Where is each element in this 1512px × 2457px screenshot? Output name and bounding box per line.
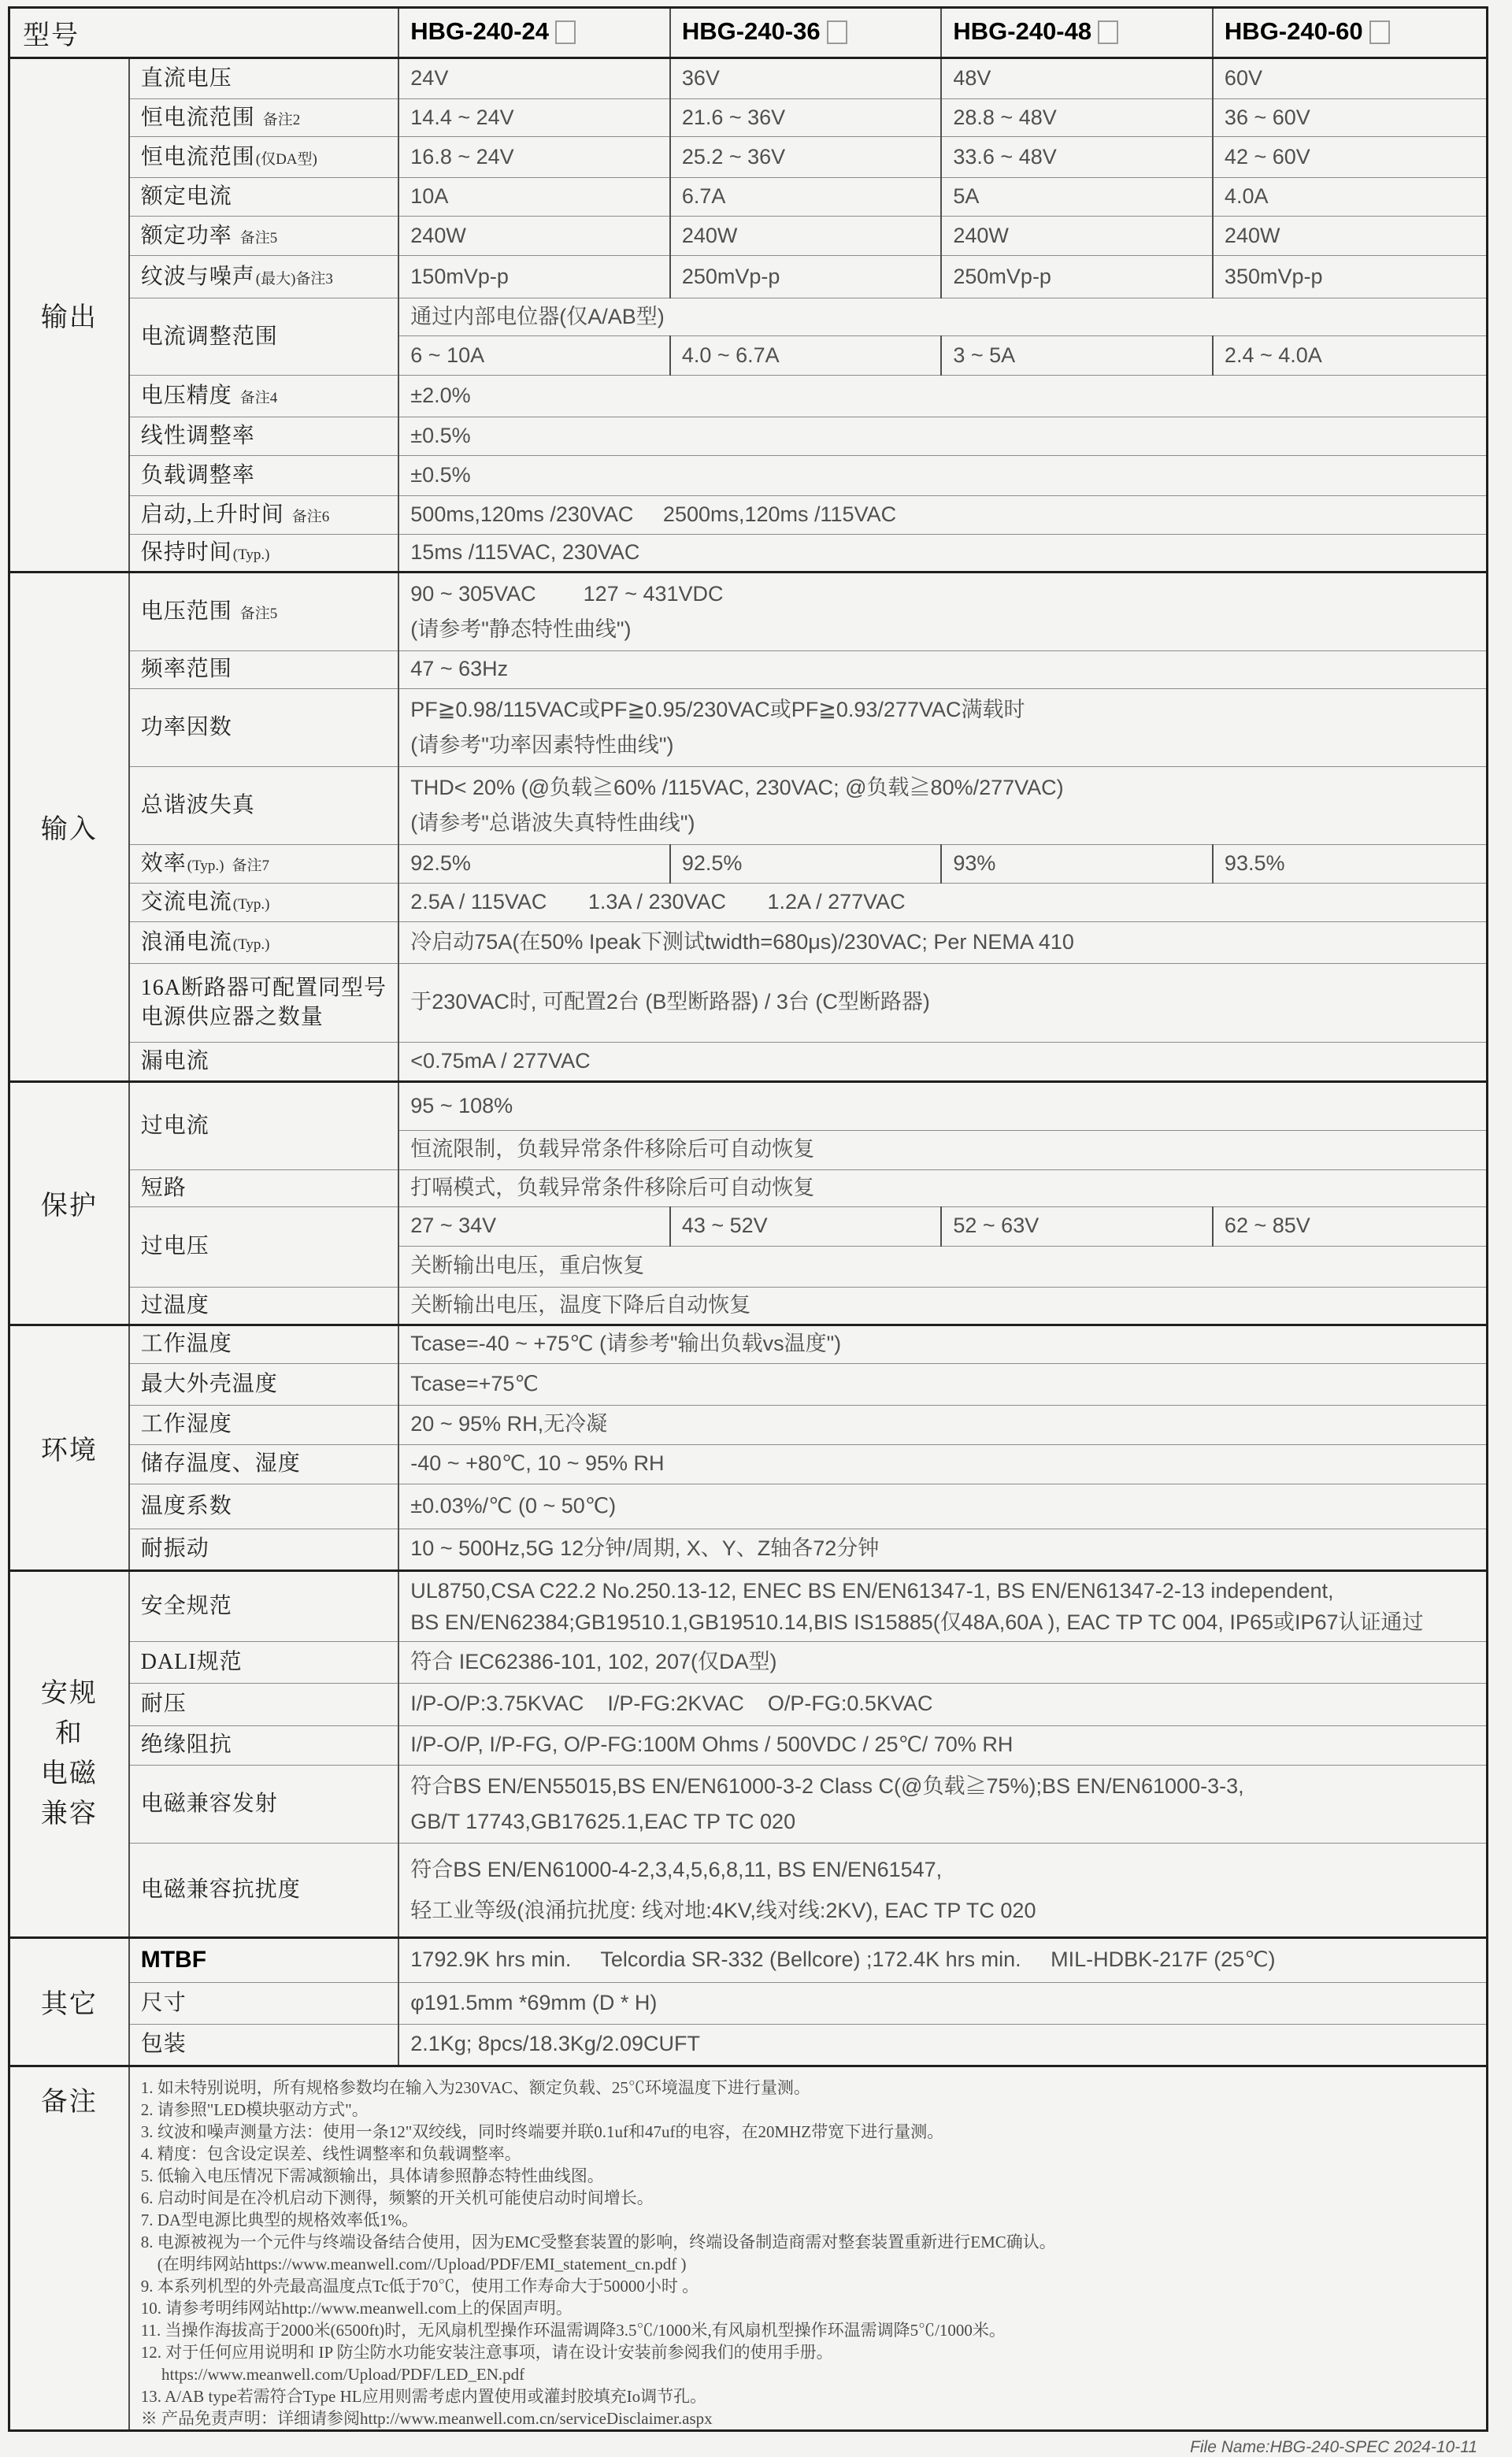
- model-cell: HBG-240-24: [398, 8, 670, 58]
- row-label-note: 备注6: [292, 509, 330, 525]
- row-label-text: 额定电流: [141, 184, 232, 209]
- note-line: 7. DA型电源比典型的规格效率低1%。: [141, 2209, 1478, 2231]
- value-cell-span: ±0.5%: [398, 456, 1487, 496]
- row-label-text: 短路: [141, 1176, 187, 1200]
- value-cell: 2.4 ~ 4.0A: [1213, 336, 1488, 376]
- model-cell: HBG-240-60: [1213, 8, 1488, 58]
- value-cell-span: PF≧0.98/115VAC或PF≧0.95/230VAC或PF≧0.93/27…: [398, 688, 1487, 766]
- table-row: 漏电流 <0.75mA / 277VAC: [9, 1042, 1488, 1081]
- value-cell-span: 500ms,120ms /230VAC 2500ms,120ms /115VAC: [398, 496, 1487, 535]
- row-label-text: DALI规范: [141, 1650, 243, 1674]
- table-row: 工作湿度 20 ~ 95% RH,无冷凝: [9, 1405, 1488, 1444]
- value-cell: 4.0A: [1213, 178, 1488, 217]
- group-cell-input: 输入: [9, 572, 129, 1081]
- note-line: https://www.meanwell.com/Upload/PDF/LED_…: [141, 2363, 1478, 2385]
- row-label: 效率(Typ.)备注7: [129, 844, 399, 883]
- model-suffix-checkbox: [555, 20, 576, 44]
- model-name: HBG-240-60: [1225, 17, 1363, 45]
- value-cell-span: 关断输出电压，重启恢复: [398, 1246, 1487, 1287]
- value-cell: 4.0 ~ 6.7A: [670, 336, 942, 376]
- value-cell-span: 1792.9K hrs min. Telcordia SR-332 (Bellc…: [398, 1937, 1487, 1982]
- row-label: 安全规范: [129, 1570, 399, 1641]
- table-row: 短路 打嗝模式，负载异常条件移除后可自动恢复: [9, 1169, 1488, 1206]
- value-cell: 28.8 ~ 48V: [941, 99, 1213, 137]
- row-label: 纹波与噪声(最大)备注3: [129, 256, 399, 298]
- note-line: 4. 精度：包含设定误差、线性调整率和负载调整率。: [141, 2143, 1478, 2165]
- row-label-text: 启动,上升时间: [141, 502, 284, 527]
- table-row: 负载调整率 ±0.5%: [9, 456, 1488, 496]
- row-label: 保持时间(Typ.): [129, 535, 399, 573]
- row-label: 恒电流范围(仅DA型): [129, 137, 399, 178]
- value-cell-span: 通过内部电位器(仅A/AB型): [398, 298, 1487, 336]
- table-row: 额定电流 10A 6.7A 5A 4.0A: [9, 178, 1488, 217]
- table-row: 耐振动 10 ~ 500Hz,5G 12分钟/周期, X、Y、Z轴各72分钟: [9, 1529, 1488, 1570]
- note-line: 5. 低输入电压情况下需减额输出，具体请参照静态特性曲线图。: [141, 2165, 1478, 2187]
- table-row: 总谐波失真 THD< 20% (@负载≧60% /115VAC, 230VAC;…: [9, 766, 1488, 844]
- table-row: 电磁兼容发射 符合BS EN/EN55015,BS EN/EN61000-3-2…: [9, 1765, 1488, 1843]
- value-cell: 240W: [398, 217, 670, 256]
- value-cell-span: I/P-O/P:3.75KVAC I/P-FG:2KVAC O/P-FG:0.5…: [398, 1683, 1487, 1725]
- value-cell-span: <0.75mA / 277VAC: [398, 1042, 1487, 1081]
- row-label: 电磁兼容发射: [129, 1765, 399, 1843]
- table-row: 电压精度备注4 ±2.0%: [9, 376, 1488, 417]
- value-cell-span: 恒流限制，负载异常条件移除后可自动恢复: [398, 1130, 1487, 1169]
- row-label: 直流电压: [129, 58, 399, 99]
- group-cell-notes: 备注: [9, 2066, 129, 2430]
- value-line: 轻工业等级(浪涌抗扰度: 线对地:4KV,线对线:2KV), EAC TP TC…: [410, 1890, 1480, 1931]
- row-label-note: 备注2: [263, 112, 301, 128]
- row-label-text: 频率范围: [141, 657, 232, 681]
- model-name: HBG-240-48: [953, 17, 1091, 45]
- row-label: 频率范围: [129, 650, 399, 688]
- value-cell: 25.2 ~ 36V: [670, 137, 942, 178]
- value-cell-span: 20 ~ 95% RH,无冷凝: [398, 1405, 1487, 1444]
- row-label: 启动,上升时间备注6: [129, 496, 399, 535]
- group-label-line: 电磁: [11, 1754, 128, 1794]
- value-cell-span: ±0.03%/℃ (0 ~ 50℃): [398, 1484, 1487, 1529]
- row-label: MTBF: [129, 1937, 399, 1982]
- row-label: 恒电流范围备注2: [129, 99, 399, 137]
- notes-cell: 1. 如未特别说明，所有规格参数均在输入为230VAC、额定负载、25℃环境温度…: [129, 2066, 1488, 2430]
- row-label: 电压范围备注5: [129, 572, 399, 650]
- value-cell: 36 ~ 60V: [1213, 99, 1488, 137]
- value-cell: 6.7A: [670, 178, 942, 217]
- table-row: 温度系数 ±0.03%/℃ (0 ~ 50℃): [9, 1484, 1488, 1529]
- row-label-text: 工作湿度: [141, 1412, 232, 1436]
- value-cell-span: 打嗝模式，负载异常条件移除后可自动恢复: [398, 1169, 1487, 1206]
- table-row: 绝缘阻抗 I/P-O/P, I/P-FG, O/P-FG:100M Ohms /…: [9, 1725, 1488, 1765]
- note-line: 10. 请参考明纬网站http://www.meanwell.com上的保固声明…: [141, 2297, 1478, 2319]
- row-label-text: 电磁兼容发射: [141, 1792, 278, 1816]
- row-label-text: 恒电流范围: [141, 145, 255, 169]
- table-row: 16A断路器可配置同型号电源供应器之数量 于230VAC时, 可配置2台 (B型…: [9, 963, 1488, 1042]
- note-line: 1. 如未特别说明，所有规格参数均在输入为230VAC、额定负载、25℃环境温度…: [141, 2077, 1478, 2099]
- row-label: 电流调整范围: [129, 298, 399, 376]
- row-label-text: 耐振动: [141, 1536, 209, 1561]
- value-cell-span: 关断输出电压，温度下降后自动恢复: [398, 1287, 1487, 1325]
- spec-sheet: 型号 HBG-240-24 HBG-240-36 HBG-240-48 HBG-…: [0, 0, 1512, 2457]
- group-label-line: 和: [11, 1714, 128, 1754]
- table-row: 电磁兼容抗扰度 符合BS EN/EN61000-4-2,3,4,5,6,8,11…: [9, 1843, 1488, 1937]
- model-suffix-checkbox: [827, 20, 847, 44]
- value-line: GB/T 17743,GB17625.1,EAC TP TC 020: [410, 1804, 1480, 1840]
- value-cell: 150mVp-p: [398, 256, 670, 298]
- row-label: 短路: [129, 1169, 399, 1206]
- value-cell: 6 ~ 10A: [398, 336, 670, 376]
- model-suffix-checkbox: [1098, 20, 1118, 44]
- row-label-text: 储存温度、湿度: [141, 1451, 301, 1476]
- note-line: 6. 启动时间是在冷机启动下测得，频繁的开关机可能使启动时间增长。: [141, 2187, 1478, 2209]
- row-label: 温度系数: [129, 1484, 399, 1529]
- model-suffix-checkbox: [1369, 20, 1390, 44]
- table-row: 效率(Typ.)备注7 92.5% 92.5% 93% 93.5%: [9, 844, 1488, 883]
- row-label-text: 总谐波失真: [141, 793, 255, 817]
- table-row: 最大外壳温度 Tcase=+75℃: [9, 1363, 1488, 1405]
- note-line: 3. 纹波和噪声测量方法：使用一条12"双绞线，同时终端要并联0.1uf和47u…: [141, 2121, 1478, 2143]
- value-cell-span: Tcase=+75℃: [398, 1363, 1487, 1405]
- value-cell: 42 ~ 60V: [1213, 137, 1488, 178]
- value-line: 符合BS EN/EN55015,BS EN/EN61000-3-2 Class …: [410, 1769, 1480, 1804]
- row-label: 工作温度: [129, 1325, 399, 1363]
- row-label-note: (仅DA型): [256, 151, 317, 168]
- value-line: (请参考"功率因素特性曲线"): [410, 728, 1480, 763]
- row-label-text: 功率因数: [141, 715, 232, 739]
- table-row: 包装 2.1Kg; 8pcs/18.3Kg/2.09CUFT: [9, 2024, 1488, 2066]
- row-label-note: (Typ.): [233, 936, 270, 953]
- value-cell: 92.5%: [670, 844, 942, 883]
- row-label: 额定功率备注5: [129, 217, 399, 256]
- table-row: 频率范围 47 ~ 63Hz: [9, 650, 1488, 688]
- value-cell: 250mVp-p: [670, 256, 942, 298]
- group-label-line: 兼容: [11, 1794, 128, 1834]
- row-label-text: 耐压: [141, 1692, 187, 1716]
- table-row: 输出 直流电压 24V 36V 48V 60V: [9, 58, 1488, 99]
- value-cell-span: 2.1Kg; 8pcs/18.3Kg/2.09CUFT: [398, 2024, 1487, 2066]
- model-header-label: 型号: [9, 8, 399, 58]
- value-cell: 62 ~ 85V: [1213, 1206, 1488, 1246]
- table-row: 储存温度、湿度 -40 ~ +80℃, 10 ~ 95% RH: [9, 1444, 1488, 1484]
- value-cell-span: 90 ~ 305VAC 127 ~ 431VDC(请参考"静态特性曲线"): [398, 572, 1487, 650]
- note-line: 8. 电源被视为一个元件与终端设备结合使用，因为EMC受整套装置的影响，终端设备…: [141, 2231, 1478, 2253]
- row-label-note: (Typ.): [187, 858, 224, 874]
- value-cell-span: I/P-O/P, I/P-FG, O/P-FG:100M Ohms / 500V…: [398, 1725, 1487, 1765]
- row-label-text: 效率: [141, 851, 187, 876]
- value-cell: 21.6 ~ 36V: [670, 99, 942, 137]
- row-label: 过电压: [129, 1206, 399, 1287]
- row-label: 工作湿度: [129, 1405, 399, 1444]
- row-label-text: 过电压: [141, 1234, 209, 1258]
- row-label-note: 备注5: [240, 230, 278, 246]
- table-row: 保护 过电流 95 ~ 108%: [9, 1081, 1488, 1130]
- value-cell: 27 ~ 34V: [398, 1206, 670, 1246]
- value-cell-span: 符合BS EN/EN61000-4-2,3,4,5,6,8,11, BS EN/…: [398, 1843, 1487, 1937]
- row-label-note: 备注5: [240, 606, 278, 622]
- table-row: 线性调整率 ±0.5%: [9, 417, 1488, 456]
- group-cell-environment: 环境: [9, 1325, 129, 1570]
- row-label: 电压精度备注4: [129, 376, 399, 417]
- row-label: 尺寸: [129, 1982, 399, 2024]
- value-cell: 240W: [1213, 217, 1488, 256]
- value-cell-span: 10 ~ 500Hz,5G 12分钟/周期, X、Y、Z轴各72分钟: [398, 1529, 1487, 1570]
- model-cell: HBG-240-36: [670, 8, 942, 58]
- row-label-text: 漏电流: [141, 1049, 209, 1073]
- row-label-text: 负载调整率: [141, 463, 255, 487]
- row-label: 漏电流: [129, 1042, 399, 1081]
- table-row: 环境 工作温度 Tcase=-40 ~ +75℃ (请参考"输出负载vs温度"): [9, 1325, 1488, 1363]
- model-name: HBG-240-24: [410, 17, 549, 45]
- table-row: 尺寸 φ191.5mm *69mm (D * H): [9, 1982, 1488, 2024]
- table-row: 功率因数 PF≧0.98/115VAC或PF≧0.95/230VAC或PF≧0.…: [9, 688, 1488, 766]
- model-header-row: 型号 HBG-240-24 HBG-240-36 HBG-240-48 HBG-…: [9, 8, 1488, 58]
- value-line: 90 ~ 305VAC 127 ~ 431VDC: [410, 576, 1480, 612]
- value-cell: 250mVp-p: [941, 256, 1213, 298]
- table-row: 纹波与噪声(最大)备注3 150mVp-p 250mVp-p 250mVp-p …: [9, 256, 1488, 298]
- value-cell-span: 于230VAC时, 可配置2台 (B型断路器) / 3台 (C型断路器): [398, 963, 1487, 1042]
- group-label-line: 安规: [11, 1673, 128, 1714]
- table-row: 过电压 27 ~ 34V 43 ~ 52V 52 ~ 63V 62 ~ 85V: [9, 1206, 1488, 1246]
- value-cell: 14.4 ~ 24V: [398, 99, 670, 137]
- row-label: 线性调整率: [129, 417, 399, 456]
- value-cell: 350mVp-p: [1213, 256, 1488, 298]
- value-cell: 36V: [670, 58, 942, 99]
- row-label-text: 电磁兼容抗扰度: [141, 1877, 301, 1902]
- row-label-text: 16A断路器可配置同型号电源供应器之数量: [141, 976, 387, 1030]
- row-label-text: 额定功率: [141, 224, 232, 248]
- table-row: 输入 电压范围备注5 90 ~ 305VAC 127 ~ 431VDC(请参考"…: [9, 572, 1488, 650]
- row-label: 包装: [129, 2024, 399, 2066]
- value-line: (请参考"静态特性曲线"): [410, 612, 1480, 647]
- row-label-text: MTBF: [141, 1947, 206, 1973]
- row-label-text: 线性调整率: [141, 424, 255, 448]
- table-row: 浪涌电流(Typ.) 冷启动75A(在50% Ipeak下测试twidth=68…: [9, 921, 1488, 963]
- table-row: 备注 1. 如未特别说明，所有规格参数均在输入为230VAC、额定负载、25℃环…: [9, 2066, 1488, 2430]
- value-cell-span: ±0.5%: [398, 417, 1487, 456]
- note-line: 13. A/AB type若需符合Type HL应用则需考虑内置使用或灌封胶填充…: [141, 2385, 1478, 2407]
- row-label-text: 温度系数: [141, 1494, 232, 1518]
- row-label: 耐压: [129, 1683, 399, 1725]
- row-label: 最大外壳温度: [129, 1363, 399, 1405]
- row-label: 储存温度、湿度: [129, 1444, 399, 1484]
- value-cell: 24V: [398, 58, 670, 99]
- spec-table: 型号 HBG-240-24 HBG-240-36 HBG-240-48 HBG-…: [8, 6, 1488, 2432]
- row-label: 电磁兼容抗扰度: [129, 1843, 399, 1937]
- row-label-text: 纹波与噪声: [141, 265, 255, 289]
- row-label: 负载调整率: [129, 456, 399, 496]
- table-row: 耐压 I/P-O/P:3.75KVAC I/P-FG:2KVAC O/P-FG:…: [9, 1683, 1488, 1725]
- value-cell: 240W: [670, 217, 942, 256]
- value-cell-span: 2.5A / 115VAC 1.3A / 230VAC 1.2A / 277VA…: [398, 883, 1487, 921]
- value-cell: 93%: [941, 844, 1213, 883]
- row-label-text: 绝缘阻抗: [141, 1732, 232, 1757]
- table-row: 保持时间(Typ.) 15ms /115VAC, 230VAC: [9, 535, 1488, 573]
- value-line: 符合BS EN/EN61000-4-2,3,4,5,6,8,11, BS EN/…: [410, 1849, 1480, 1890]
- row-label-text: 电压精度: [141, 384, 232, 408]
- row-label: 总谐波失真: [129, 766, 399, 844]
- note-line: 12. 对于任何应用说明和 IP 防尘防水功能安装注意事项，请在设计安装前参阅我…: [141, 2341, 1478, 2363]
- table-row: 恒电流范围备注2 14.4 ~ 24V 21.6 ~ 36V 28.8 ~ 48…: [9, 99, 1488, 137]
- table-row: 交流电流(Typ.) 2.5A / 115VAC 1.3A / 230VAC 1…: [9, 883, 1488, 921]
- row-label-text: 工作温度: [141, 1332, 232, 1356]
- value-cell: 52 ~ 63V: [941, 1206, 1213, 1246]
- row-label: 浪涌电流(Typ.): [129, 921, 399, 963]
- row-label: 16A断路器可配置同型号电源供应器之数量: [129, 963, 399, 1042]
- value-line: THD< 20% (@负载≧60% /115VAC, 230VAC; @负载≧8…: [410, 770, 1480, 806]
- row-label-text: 电流调整范围: [141, 324, 278, 349]
- value-cell: 60V: [1213, 58, 1488, 99]
- group-cell-others: 其它: [9, 1937, 129, 2066]
- value-cell: 33.6 ~ 48V: [941, 137, 1213, 178]
- value-cell-span: 符合 IEC62386-101, 102, 207(仅DA型): [398, 1641, 1487, 1683]
- table-row: 过温度 关断输出电压，温度下降后自动恢复: [9, 1287, 1488, 1325]
- value-cell: 240W: [941, 217, 1213, 256]
- table-row: 启动,上升时间备注6 500ms,120ms /230VAC 2500ms,12…: [9, 496, 1488, 535]
- row-label-text: 包装: [141, 2032, 187, 2056]
- row-label-note: (Typ.): [233, 547, 270, 563]
- row-label-text: 电压范围: [141, 599, 232, 624]
- value-cell-span: 冷启动75A(在50% Ipeak下测试twidth=680μs)/230VAC…: [398, 921, 1487, 963]
- value-cell: 92.5%: [398, 844, 670, 883]
- value-cell-span: Tcase=-40 ~ +75℃ (请参考"输出负载vs温度"): [398, 1325, 1487, 1363]
- value-line: (请参考"总谐波失真特性曲线"): [410, 806, 1480, 841]
- row-label-text: 恒电流范围: [141, 106, 255, 130]
- row-label: 功率因数: [129, 688, 399, 766]
- row-label-note: (Typ.): [233, 896, 270, 913]
- table-row: 其它 MTBF 1792.9K hrs min. Telcordia SR-33…: [9, 1937, 1488, 1982]
- value-cell-span: 15ms /115VAC, 230VAC: [398, 535, 1487, 573]
- row-label: 耐振动: [129, 1529, 399, 1570]
- group-cell-protection: 保护: [9, 1081, 129, 1325]
- value-cell-span: THD< 20% (@负载≧60% /115VAC, 230VAC; @负载≧8…: [398, 766, 1487, 844]
- value-cell: 16.8 ~ 24V: [398, 137, 670, 178]
- value-cell-span: φ191.5mm *69mm (D * H): [398, 1982, 1487, 2024]
- value-cell-span: 95 ~ 108%: [398, 1081, 1487, 1130]
- row-label-text: 保持时间: [141, 540, 232, 565]
- row-label-text: 交流电流: [141, 890, 232, 914]
- model-name: HBG-240-36: [682, 17, 821, 45]
- value-cell: 43 ~ 52V: [670, 1206, 942, 1246]
- row-label: 绝缘阻抗: [129, 1725, 399, 1765]
- row-label: DALI规范: [129, 1641, 399, 1683]
- row-label-note: (最大)备注3: [256, 271, 333, 287]
- row-label: 过温度: [129, 1287, 399, 1325]
- table-row: 恒电流范围(仅DA型) 16.8 ~ 24V 25.2 ~ 36V 33.6 ~…: [9, 137, 1488, 178]
- note-line: (在明纬网站https://www.meanwell.com//Upload/P…: [141, 2253, 1478, 2275]
- row-label-text: 最大外壳温度: [141, 1372, 278, 1396]
- value-cell: 10A: [398, 178, 670, 217]
- row-label-text: 浪涌电流: [141, 930, 232, 954]
- value-cell-span: -40 ~ +80℃, 10 ~ 95% RH: [398, 1444, 1487, 1484]
- value-line: PF≧0.98/115VAC或PF≧0.95/230VAC或PF≧0.93/27…: [410, 692, 1480, 728]
- table-row: DALI规范 符合 IEC62386-101, 102, 207(仅DA型): [9, 1641, 1488, 1683]
- note-line: 2. 请参照"LED模块驱动方式"。: [141, 2099, 1478, 2121]
- value-cell: 3 ~ 5A: [941, 336, 1213, 376]
- row-label-text: 尺寸: [141, 1991, 187, 2015]
- value-cell-span: 47 ~ 63Hz: [398, 650, 1487, 688]
- group-cell-output: 输出: [9, 58, 129, 573]
- row-label-note: 备注7: [232, 858, 269, 874]
- row-label: 额定电流: [129, 178, 399, 217]
- value-cell-span: ±2.0%: [398, 376, 1487, 417]
- value-cell-span: 符合BS EN/EN55015,BS EN/EN61000-3-2 Class …: [398, 1765, 1487, 1843]
- row-label: 过电流: [129, 1081, 399, 1169]
- row-label: 交流电流(Typ.): [129, 883, 399, 921]
- table-row: 电流调整范围 通过内部电位器(仅A/AB型): [9, 298, 1488, 336]
- row-label-text: 过电流: [141, 1114, 209, 1138]
- group-cell-safety-emc: 安规 和 电磁 兼容: [9, 1570, 129, 1937]
- value-cell: 5A: [941, 178, 1213, 217]
- row-label-text: 安全规范: [141, 1594, 232, 1618]
- value-cell: 48V: [941, 58, 1213, 99]
- table-row: 额定功率备注5 240W 240W 240W 240W: [9, 217, 1488, 256]
- note-line: ※ 产品免责声明：详细请参阅http://www.meanwell.com.cn…: [141, 2407, 1478, 2429]
- model-cell: HBG-240-48: [941, 8, 1213, 58]
- row-label-note: 备注4: [240, 390, 278, 406]
- value-line: UL8750,CSA C22.2 No.250.13-12, ENEC BS E…: [410, 1575, 1480, 1606]
- note-line: 9. 本系列机型的外壳最高温度点Tc低于70℃，使用工作寿命大于50000小时 …: [141, 2275, 1478, 2297]
- value-cell-span: UL8750,CSA C22.2 No.250.13-12, ENEC BS E…: [398, 1570, 1487, 1641]
- value-line: BS EN/EN62384;GB19510.1,GB19510.14,BIS I…: [410, 1606, 1480, 1638]
- row-label-text: 过温度: [141, 1293, 209, 1317]
- note-line: 11. 当操作海拔高于2000米(6500ft)时，无风扇机型操作环温需调降3.…: [141, 2319, 1478, 2341]
- value-cell: 93.5%: [1213, 844, 1488, 883]
- file-name-footer: File Name:HBG-240-SPEC 2024-10-11: [8, 2432, 1488, 2457]
- table-row: 安规 和 电磁 兼容 安全规范 UL8750,CSA C22.2 No.250.…: [9, 1570, 1488, 1641]
- row-label-text: 直流电压: [141, 66, 232, 91]
